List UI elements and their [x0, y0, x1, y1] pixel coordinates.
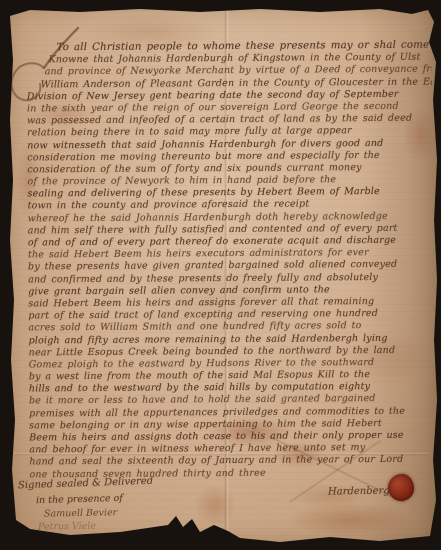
witness-signature: Petrus Viele: [38, 519, 117, 533]
witness-signatures: Samuell BevierPetrus Viele: [44, 507, 117, 533]
document-text: To all Christian people to whome these p…: [26, 40, 434, 482]
red-wax-seal-icon: [388, 474, 414, 501]
photo-background: To all Christian people to whome these p…: [0, 0, 441, 550]
manuscript-paper: To all Christian people to whome these p…: [0, 0, 441, 550]
grantor-signature: Hardenbergh: [328, 485, 396, 497]
presence-line: in the presence of: [36, 493, 123, 506]
